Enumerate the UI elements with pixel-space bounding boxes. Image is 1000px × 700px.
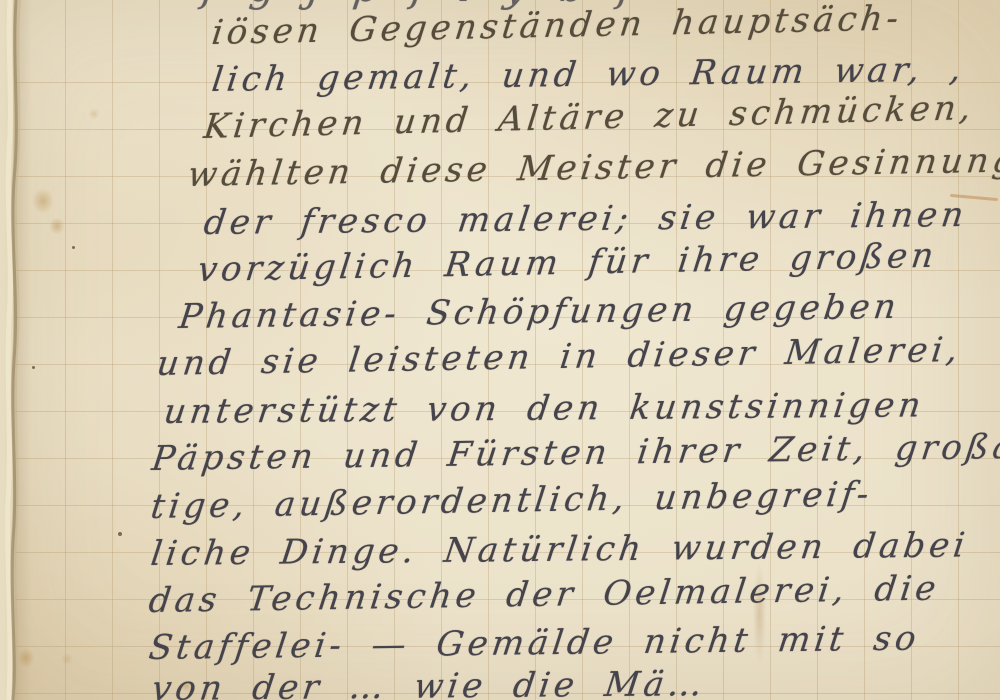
handwriting-line-15-cropped: von der … wie die Mä… bbox=[150, 667, 708, 700]
torn-edge-contour bbox=[0, 0, 44, 700]
manuscript-page: f g j p f l y b f iösen Gegenständen hau… bbox=[0, 0, 1000, 700]
handwriting-line-9: unterstützt von den kunstsinnigen bbox=[162, 388, 927, 429]
handwriting-line-14: Staffelei- — Gemälde nicht mit so bbox=[147, 622, 922, 665]
handwriting-line-7: Phantasie- Schöpfungen gegeben bbox=[177, 290, 902, 334]
handwriting-line-5: der fresco malerei; sie war ihnen bbox=[202, 198, 969, 240]
handwriting-line-12: liche Dinge. Natürlich wurden dabei bbox=[149, 528, 971, 571]
